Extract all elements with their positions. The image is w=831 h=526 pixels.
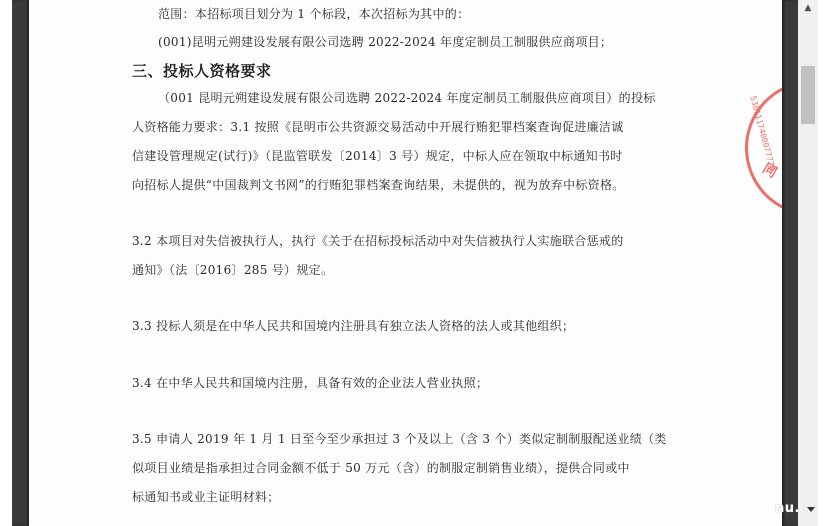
project-line: (001)昆明元朔建设发展有限公司选聘 2022-2024 年度定制员工制服供应… [158,33,612,50]
scroll-up-arrow-icon[interactable]: ▲ [798,0,818,16]
clause-3-4: 3.4 在中华人民共和国境内注册，具备有效的企业法人营业执照； [132,374,488,391]
clause-3-3: 3.3 投标人须是在中华人民共和国境内注册具有独立法人资格的法人或其他组织； [132,317,574,334]
viewer-right-frame [782,0,798,526]
document-page: 范围：本招标项目划分为 1 个标段，本次招标为其中的： (001)昆明元朔建设发… [29,0,782,526]
vertical-scrollbar[interactable]: ▲ [798,0,818,526]
paragraph-line: 向招标人提供“中国裁判文书网”的行贿犯罪档案查询结果，未提供的，视为放弃中标资格… [132,176,625,193]
clause-3-5-cont: 标通知书或业主证明材料； [132,488,280,505]
scroll-thumb[interactable] [801,66,815,124]
right-margin [818,0,831,526]
section-heading: 三、投标人资格要求 [132,60,272,81]
paragraph-line: （001 昆明元朔建设发展有限公司选聘 2022-2024 年度定制员工制服供应… [158,89,656,106]
watermark-text: nu. [775,501,800,516]
paragraph-line: 人资格能力要求：3.1 按照《昆明市公共资源交易活动中开展行贿犯罪档案查询促进廉… [132,118,624,135]
paragraph-line: 信建设管理规定(试行)》（昆监管联发〔2014〕3 号）规定，中标人应在领取中标… [132,147,623,164]
clause-3-5: 3.5 申请人 2019 年 1 月 1 日至今至少承担过 3 个及以上（含 3… [132,430,667,447]
scroll-down-arrow-icon[interactable] [807,507,815,512]
left-margin [0,0,12,526]
scope-line: 范围：本招标项目划分为 1 个标段，本次招标为其中的： [158,5,469,22]
clause-3-2-cont: 通知》（法〔2016〕285 号）规定。 [132,261,333,278]
clause-3-2: 3.2 本项目对失信被执行人，执行《关于在招标投标活动中对失信被执行人实施联合惩… [132,232,624,249]
viewer-left-frame [12,0,29,526]
clause-3-5-cont: 似项目业绩是指承担过合同金额不低于 50 万元（含）的制服定制销售业绩），提供合… [132,459,630,476]
